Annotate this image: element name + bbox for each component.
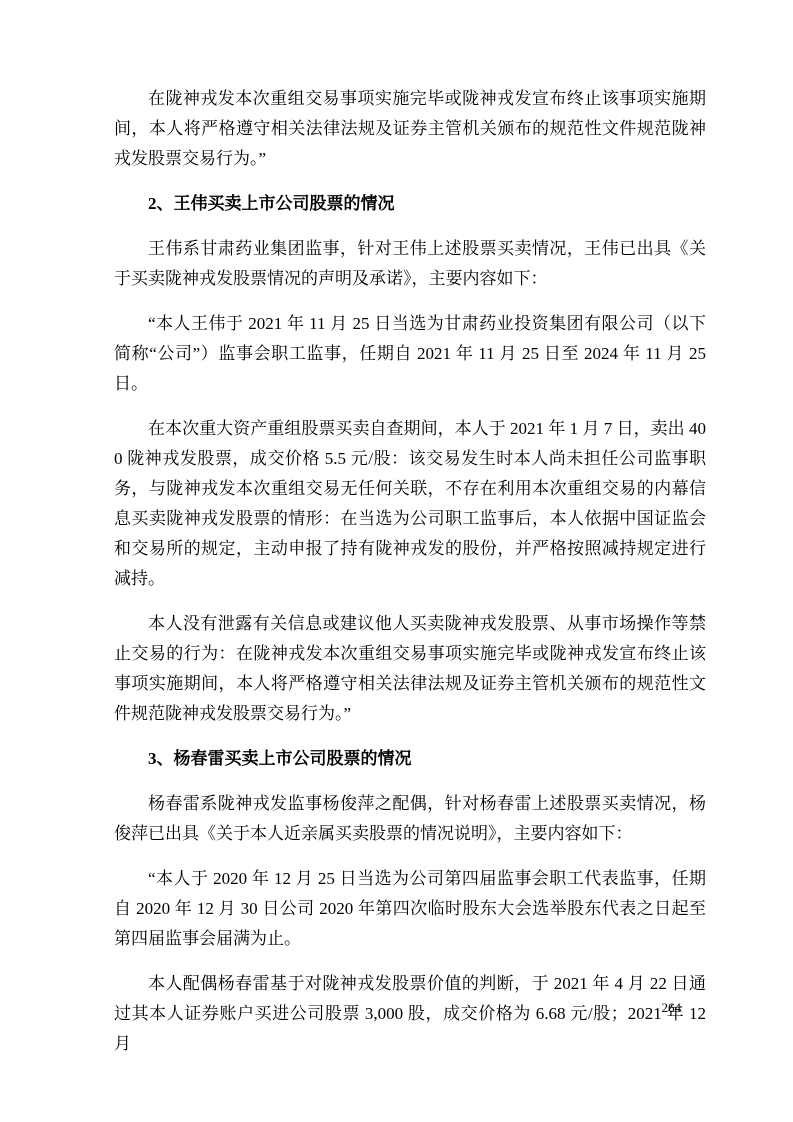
document-body: 在陇神戎发本次重组交易事项实施完毕或陇神戎发宣布终止该事项实施期间，本人将严格遵… (114, 84, 706, 1074)
document-page: 在陇神戎发本次重组交易事项实施完毕或陇神戎发宣布终止该事项实施期间，本人将严格遵… (0, 0, 793, 1122)
paragraph-wangwei-intro: 王伟系甘肃药业集团监事，针对王伟上述股票买卖情况，王伟已出具《关于买卖陇神戎发股… (114, 234, 706, 294)
section-heading-3: 3、杨春雷买卖上市公司股票的情况 (114, 744, 706, 774)
paragraph-commitment-continuation: 在陇神戎发本次重组交易事项实施完毕或陇神戎发宣布终止该事项实施期间，本人将严格遵… (114, 84, 706, 174)
paragraph-yangchunlei-statement-1: “本人于 2020 年 12 月 25 日当选为公司第四届监事会职工代表监事，任… (114, 864, 706, 954)
paragraph-wangwei-statement-1: “本人王伟于 2021 年 11 月 25 日当选为甘肃药业投资集团有限公司（以… (114, 309, 706, 399)
paragraph-yangchunlei-statement-2: 本人配偶杨春雷基于对陇神戎发股票价值的判断，于 2021 年 4 月 22 日通… (114, 969, 706, 1059)
page-number: 264 (662, 1000, 682, 1016)
section-heading-2: 2、王伟买卖上市公司股票的情况 (114, 189, 706, 219)
paragraph-yangchunlei-intro: 杨春雷系陇神戎发监事杨俊萍之配偶，针对杨春雷上述股票买卖情况，杨俊萍已出具《关于… (114, 789, 706, 849)
paragraph-wangwei-statement-2: 在本次重大资产重组股票买卖自查期间，本人于 2021 年 1 月 7 日，卖出 … (114, 414, 706, 594)
paragraph-wangwei-statement-3: 本人没有泄露有关信息或建议他人买卖陇神戎发股票、从事市场操作等禁止交易的行为：在… (114, 609, 706, 729)
